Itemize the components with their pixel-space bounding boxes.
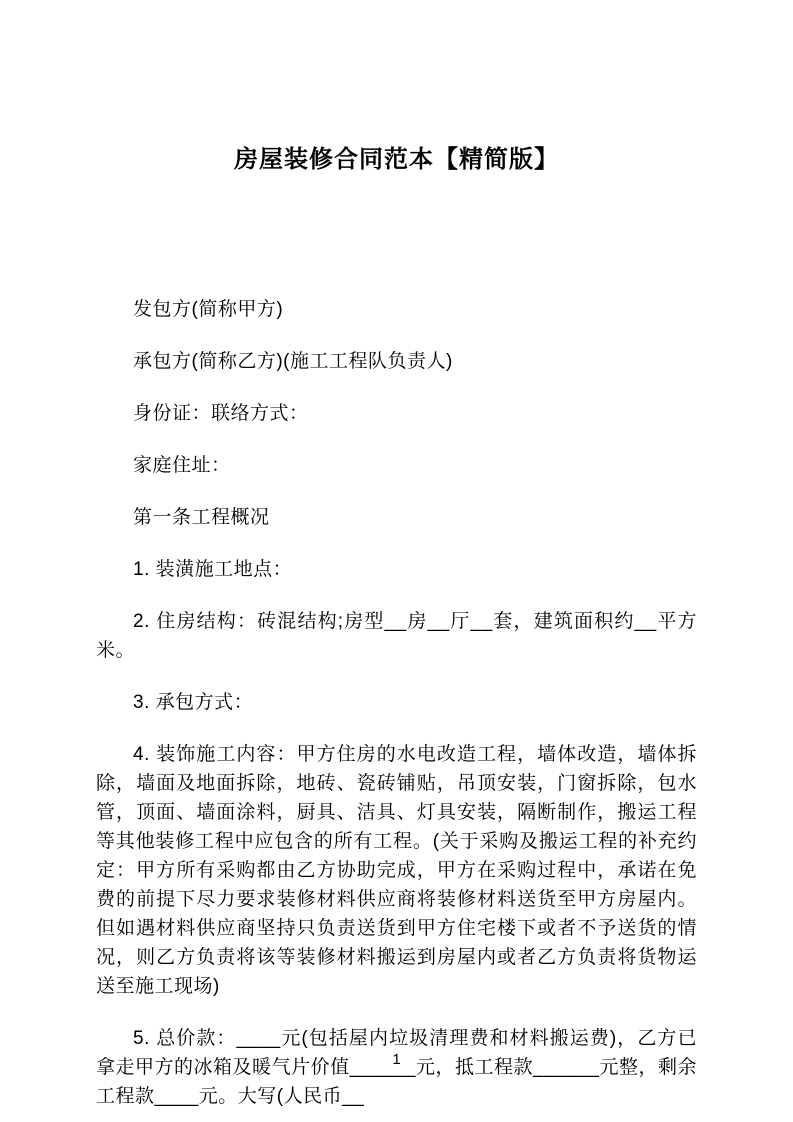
document-title: 房屋装修合同范本【精简版】 [96, 143, 697, 177]
document-page: 房屋装修合同范本【精简版】 发包方(简称甲方) 承包方(简称乙方)(施工工程队负… [0, 0, 793, 1122]
item-3-contract-method-line: 3. 承包方式： [96, 688, 697, 717]
item-1-location-line: 1. 装潢施工地点： [96, 555, 697, 584]
home-address-line: 家庭住址： [96, 451, 697, 480]
article-1-heading: 第一条工程概况 [96, 503, 697, 532]
item-4-construction-content-paragraph: 4. 装饰施工内容：甲方住房的水电改造工程，墙体改造，墙体拆除，墙面及地面拆除，… [96, 740, 697, 1001]
document-content: 房屋装修合同范本【精简版】 发包方(简称甲方) 承包方(简称乙方)(施工工程队负… [0, 0, 793, 1111]
item-2-structure-line: 2. 住房结构：砖混结构;房型__房__厅__套，建筑面积约__平方米。 [96, 607, 697, 665]
page-number: 1 [0, 1050, 793, 1070]
party-a-line: 发包方(简称甲方) [96, 295, 697, 324]
id-contact-line: 身份证：联络方式： [96, 399, 697, 428]
party-b-line: 承包方(简称乙方)(施工工程队负责人) [96, 347, 697, 376]
